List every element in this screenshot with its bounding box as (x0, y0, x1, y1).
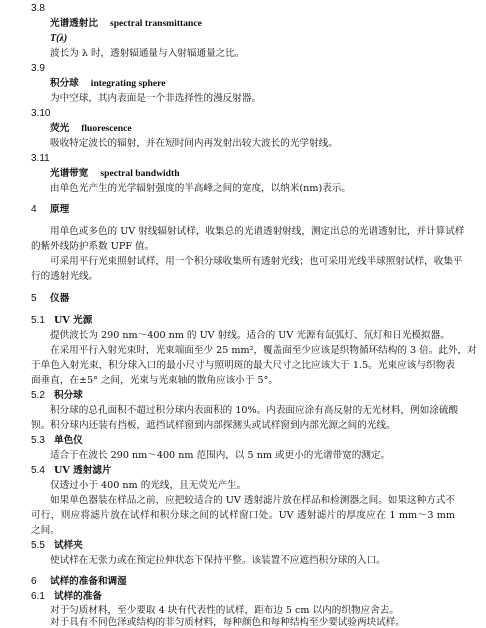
subsection-heading: 5.4UV 透射滤片 (31, 465, 112, 477)
paragraph-line: 在采用平行入射光束时，光束端面至少 25 mm²，覆盖面至少应该是织物循环结构的… (50, 345, 455, 357)
subsection-heading: 5.5试样夹 (31, 540, 83, 552)
subsection-title: UV 透射滤片 (54, 465, 112, 476)
paragraph-line: 可采用平行光束照射试样，用一个积分球收集所有透射光线；也可采用光线半球照射试样，… (50, 256, 455, 268)
subsection-number: 5.4 (31, 465, 54, 477)
subsection-heading: 5.3单色仪 (31, 435, 83, 447)
paragraph-line: 于单色入射光束，积分球入口的最小尺寸与照明斑的最大尺寸之比应该大于 1.5。光束… (31, 360, 455, 372)
subsection-title: 试样的准备 (54, 591, 102, 602)
section-title: 试样的准备和调湿 (50, 576, 127, 587)
paragraph-line: 对于匀质材料，至少要取 4 块有代表性的试样，距布边 5 cm 以内的织物应舍去… (50, 605, 399, 617)
term-heading: 光谱透射比spectral transmittance (50, 18, 202, 30)
paragraph-line: 对于具有不同色泽或结构的非匀质材料，每种颜色和每种结构至少要试验两块试样。 (50, 617, 405, 628)
term-definition: 由单色光产生的光学辐射强度的半高峰之间的宽度，以纳米(nm)表示。 (50, 183, 351, 195)
term-zh: 光谱带宽 (50, 168, 88, 179)
subsection-number: 5.5 (31, 540, 54, 552)
term-heading: 光谱带宽spectral bandwidth (50, 168, 180, 180)
clause-number: 3.11 (31, 153, 50, 165)
paragraph-line: 面垂直，在±5° 之间，光束与光束轴的散角应该小于 5°。 (31, 375, 455, 387)
paragraph-line: 用单色或多色的 UV 射线辐射试样，收集总的光谱透射射线，测定出总的光谱透射比，… (50, 226, 455, 238)
paragraph-line: 如果单色器装在样品之前，应把较适合的 UV 透射滤片放在样品和检测器之间。如果这… (50, 495, 455, 507)
term-definition: 吸收特定波长的辐射，并在短时间内再发射出较大波长的光学射线。 (50, 138, 338, 150)
term-symbol: T(λ) (50, 33, 67, 45)
paragraph-line: 使试样在无张力或在预定拉伸状态下保持平整。该装置不应遮挡积分球的入口。 (50, 555, 386, 567)
subsection-heading: 5.2积分球 (31, 390, 83, 402)
clause-number: 3.8 (31, 3, 45, 15)
term-definition: 为中空球，其内表面是一个非选择性的漫反射器。 (50, 93, 261, 105)
paragraph-line: 可行，则应将滤片放在试样和积分球之间的试样窗口处。UV 透射滤片的厚度应在 1 … (31, 510, 455, 522)
subsection-number: 6.1 (31, 591, 54, 603)
section-number: 6 (31, 576, 50, 588)
subsection-title: UV 光源 (54, 315, 92, 326)
paragraph-line: 适合于在波长 290 nm～400 nm 范围内，以 5 nm 或更小的光谱带宽… (50, 450, 390, 462)
subsection-heading: 6.1试样的准备 (31, 591, 102, 603)
paragraph-line: 积分球的总孔面积不超过积分球内表面积的 10%。内表面应涂有高反射的无光材料，例… (50, 405, 455, 417)
paragraph-line: 提供波长为 290 nm～400 nm 的 UV 射线。适合的 UV 光源有氙弧… (50, 330, 450, 342)
section-number: 5 (31, 293, 50, 305)
term-zh: 光谱透射比 (50, 18, 98, 29)
term-definition: 波长为 λ 时，透射辐通量与入射辐通量之比。 (50, 48, 244, 60)
subsection-title: 试样夹 (54, 540, 83, 551)
subsection-number: 5.1 (31, 315, 54, 327)
paragraph-line: 行的透射光线。 (31, 271, 455, 283)
paragraph-line: 之间。 (31, 525, 455, 537)
term-en: spectral bandwidth (100, 168, 179, 179)
subsection-heading: 5.1UV 光源 (31, 315, 92, 327)
term-heading: 积分球integrating sphere (50, 78, 165, 90)
term-en: integrating sphere (91, 78, 166, 89)
document-page: 3.8 光谱透射比spectral transmittance T(λ) 波长为… (0, 0, 486, 628)
paragraph-line: 钡。积分球内还装有挡板，遮挡试样窗到内部探测头或试样窗到内部光源之间的光线。 (31, 420, 455, 432)
section-heading: 5仪器 (31, 293, 69, 305)
clause-number: 3.10 (31, 108, 50, 120)
term-zh: 荧光 (50, 123, 69, 134)
subsection-title: 积分球 (54, 390, 83, 401)
section-heading: 6试样的准备和调湿 (31, 576, 127, 588)
subsection-number: 5.2 (31, 390, 54, 402)
subsection-number: 5.3 (31, 435, 54, 447)
term-zh: 积分球 (50, 78, 79, 89)
term-heading: 荧光fluorescence (50, 123, 132, 135)
term-en: spectral transmittance (110, 18, 202, 29)
subsection-title: 单色仪 (54, 435, 83, 446)
section-title: 仪器 (50, 293, 69, 304)
clause-number: 3.9 (31, 63, 45, 75)
section-heading: 4原理 (31, 204, 69, 216)
paragraph-line: 仅透过小于 400 nm 的光线，且无荧光产生。 (50, 480, 246, 492)
section-number: 4 (31, 204, 50, 216)
section-title: 原理 (50, 204, 69, 215)
term-en: fluorescence (81, 123, 131, 134)
paragraph-line: 的紫外线防护系数 UPF 值。 (31, 241, 455, 253)
